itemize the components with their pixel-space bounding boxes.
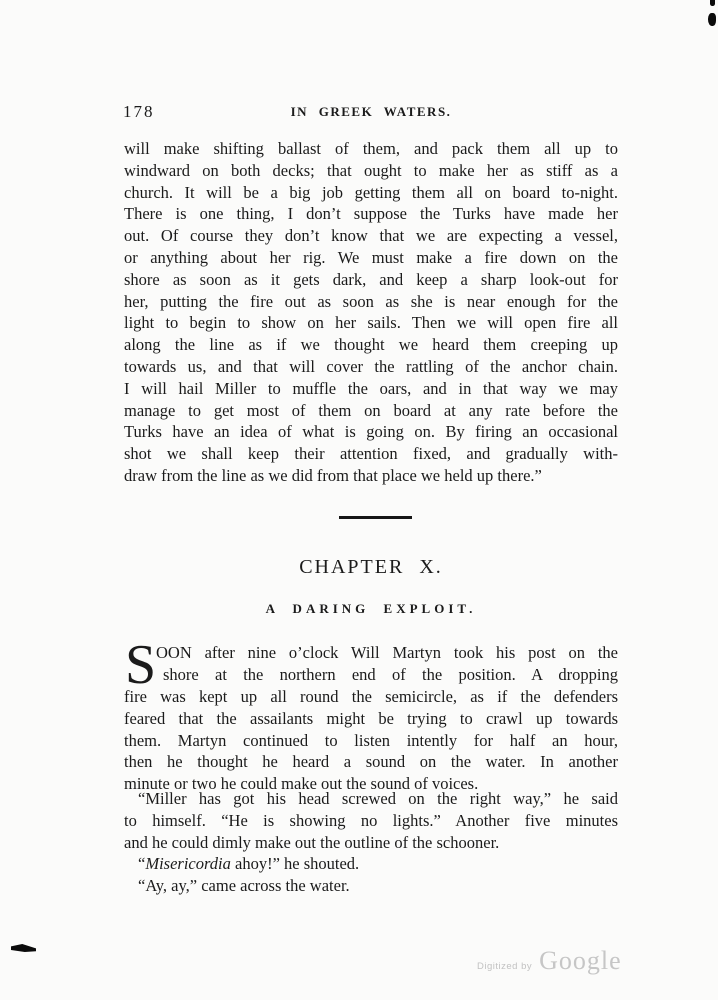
- ink-mark-top-right-large: [708, 13, 716, 26]
- paragraph-ay-ay: “Ay, ay,” came across the water.: [124, 875, 618, 897]
- text-line: draw from the line as we did from that p…: [124, 465, 618, 487]
- text-line: towards us, and that will cover the ratt…: [124, 356, 618, 378]
- text-line: There is one thing, I don’t suppose the …: [124, 203, 618, 225]
- text-line: I will hail Miller to muffle the oars, a…: [124, 378, 618, 400]
- google-logo: Google: [539, 946, 622, 976]
- text-line: Turks have an idea of what is going on. …: [124, 421, 618, 443]
- text-line: windward on both decks; that ought to ma…: [124, 160, 618, 182]
- text-line: or anything about her rig. We must make …: [124, 247, 618, 269]
- digitized-by-label: Digitized by: [477, 961, 532, 972]
- running-header: IN GREEK WATERS.: [124, 104, 618, 120]
- ink-mark-top-right-small: [710, 0, 715, 6]
- text-line: church. It will be a big job getting the…: [124, 182, 618, 204]
- paragraph-ballast: will make shifting ballast of them, and …: [124, 138, 618, 487]
- text-line: and he could dimly make out the outline …: [124, 832, 618, 854]
- chapter-subheading: A DARING EXPLOIT.: [124, 601, 618, 617]
- text-line: feared that the assailants might be tryi…: [124, 708, 618, 730]
- paragraph-soon-rest: fire was kept up all round the semicircl…: [124, 686, 618, 795]
- text-line: shore at the northern end of the positio…: [163, 664, 618, 686]
- text-line: shore as soon as it gets dark, and keep …: [124, 269, 618, 291]
- text-line: shot we shall keep their attention fixed…: [124, 443, 618, 465]
- text-line: light to begin to show on her sails. The…: [124, 312, 618, 334]
- text-line: manage to get most of them on board at a…: [124, 400, 618, 422]
- paragraph-misericordia: “Misericordia ahoy!” he shouted.: [124, 853, 618, 875]
- text-line: to himself. “He is showing no lights.” A…: [124, 810, 618, 832]
- ship-name-italic: Misericordia: [145, 854, 231, 873]
- drop-cap: S: [125, 640, 156, 690]
- text-line: out. Of course they don’t know that we a…: [124, 225, 618, 247]
- text-line: along the line as if we thought we heard…: [124, 334, 618, 356]
- text-line: her, putting the fire out as soon as she…: [124, 291, 618, 313]
- chapter-heading: CHAPTER X.: [124, 556, 618, 579]
- text-line: then he thought he heard a sound on the …: [124, 751, 618, 773]
- paragraph-miller: “Miller has got his head screwed on the …: [124, 788, 618, 853]
- google-watermark: Digitized by Google: [477, 946, 622, 976]
- text-line: them. Martyn continued to listen intentl…: [124, 730, 618, 752]
- text-line: will make shifting ballast of them, and …: [124, 138, 618, 160]
- text-line: OON after nine o’clock Will Martyn took …: [156, 642, 618, 664]
- section-divider: [339, 516, 412, 519]
- text-line: “Miller has got his head screwed on the …: [124, 788, 618, 810]
- ink-mark-bottom-left: [11, 944, 36, 952]
- text-line: fire was kept up all round the semicircl…: [124, 686, 618, 708]
- quote-rest: ahoy!” he shouted.: [231, 854, 359, 873]
